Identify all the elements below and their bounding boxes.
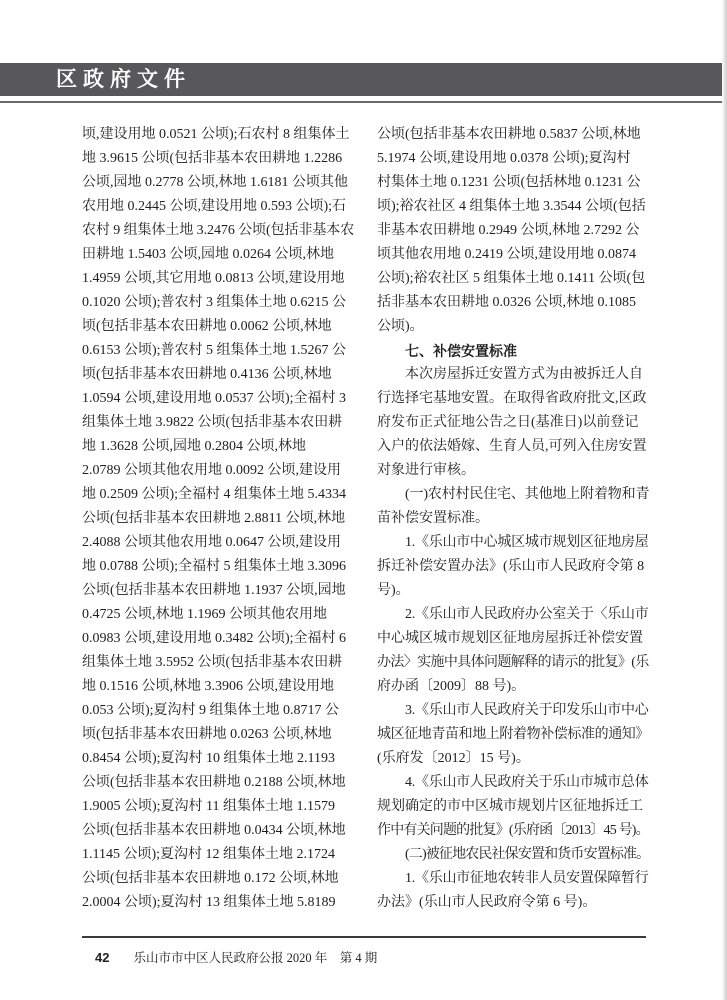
page-edge-shadow: [722, 0, 727, 1000]
gazette-title: 乐山市市中区人民政府公报 2020 年 第 4 期: [133, 951, 377, 965]
footer-rule: [82, 936, 646, 938]
text-line: 非基本农田耕地 0.2949 公顷,林地 2.7292 公: [377, 219, 649, 243]
text-line: 行选择宅基地安置。在取得省政府批文,区政: [377, 387, 649, 411]
left-text-column: 顷,建设用地 0.0521 公顷);石农村 8 组集体土地 3.9615 公顷(…: [82, 123, 354, 915]
text-line: 地 0.2509 公顷);全福村 4 组集体土地 5.4334: [82, 483, 354, 507]
text-line: 1.9005 公顷);夏沟村 11 组集体土地 1.1579: [82, 795, 354, 819]
text-line: 0.053 公顷);夏沟村 9 组集体土地 0.8717 公: [82, 699, 354, 723]
text-line: 对象进行审核。: [377, 459, 649, 483]
text-line: 地 0.1516 公顷,林地 3.3906 公顷,建设用地: [82, 675, 354, 699]
text-line: 村集体土地 0.1231 公顷(包括林地 0.1231 公: [377, 171, 649, 195]
text-line: 2.0004 公顷);夏沟村 13 组集体土地 5.8189: [82, 891, 354, 915]
right-text-column: 公顷(包括非基本农田耕地 0.5837 公顷,林地5.1974 公顷,建设用地 …: [377, 123, 649, 915]
text-line: 城区征地青苗和地上附着物补偿标准的通知》: [377, 723, 649, 747]
text-line: 中心城区城市规划区征地房屋拆迁补偿安置: [377, 627, 649, 651]
text-line: 农用地 0.2445 公顷,建设用地 0.593 公顷);石: [82, 195, 354, 219]
text-line: 号)。: [377, 579, 649, 603]
gazette-page: 区政府文件 顷,建设用地 0.0521 公顷);石农村 8 组集体土地 3.96…: [0, 0, 727, 1000]
text-line: 公顷(包括非基本农田耕地 0.0434 公顷,林地: [82, 819, 354, 843]
text-line: 地 3.9615 公顷(包括非基本农田耕地 1.2286: [82, 147, 354, 171]
text-line: 顷(包括非基本农田耕地 0.4136 公顷,林地: [82, 363, 354, 387]
text-line: 农村 9 组集体土地 3.2476 公顷(包括非基本农: [82, 219, 354, 243]
text-line: 0.0983 公顷,建设用地 0.3482 公顷);全福村 6: [82, 627, 354, 651]
text-line: 顷);裕农社区 4 组集体土地 3.3544 公顷(包括: [377, 195, 649, 219]
text-line: 括非基本农田耕地 0.0326 公顷,林地 0.1085: [377, 291, 649, 315]
text-line: 公顷(包括非基本农田耕地 0.2188 公顷,林地: [82, 771, 354, 795]
text-line: 公顷(包括非基本农田耕地 2.8811 公顷,林地: [82, 507, 354, 531]
text-line: 组集体土地 3.5952 公顷(包括非基本农田耕: [82, 651, 354, 675]
text-line: 0.4725 公顷,林地 1.1969 公顷其他农用地: [82, 603, 354, 627]
text-line: 顷(包括非基本农田耕地 0.0062 公顷,林地: [82, 315, 354, 339]
text-line: 组集体土地 3.9822 公顷(包括非基本农田耕: [82, 411, 354, 435]
text-line: 0.6153 公顷);普农村 5 组集体土地 1.5267 公: [82, 339, 354, 363]
text-line: 公顷)。: [377, 315, 649, 339]
text-line: 地 0.0788 公顷);全福村 5 组集体土地 3.3096: [82, 555, 354, 579]
text-line: 办法》(乐山市人民政府令第 6 号)。: [377, 891, 649, 915]
text-line: 田耕地 1.5403 公顷,园地 0.0264 公顷,林地: [82, 243, 354, 267]
text-line: 3.《乐山市人民政府关于印发乐山市中心: [377, 699, 649, 723]
text-line: 入户的依法婚嫁、生育人员,可列入住房安置: [377, 435, 649, 459]
text-line: 府发布正式征地公告之日(基准日)以前登记: [377, 411, 649, 435]
text-line: 1.1145 公顷);夏沟村 12 组集体土地 2.1724: [82, 843, 354, 867]
text-line: 府办函〔2009〕88 号)。: [377, 675, 649, 699]
text-line: 办法〉实施中具体问题解释的请示的批复》(乐: [377, 651, 649, 675]
text-line: 规划确定的市中区城市规划片区征地拆迁工: [377, 795, 649, 819]
text-line: 公顷(包括非基本农田耕地 0.5837 公顷,林地: [377, 123, 649, 147]
text-line: 公顷(包括非基本农田耕地 1.1937 公顷,园地: [82, 579, 354, 603]
text-line: 2.0789 公顷其他农用地 0.0092 公顷,建设用: [82, 459, 354, 483]
text-line: 拆迁补偿安置办法》(乐山市人民政府令第 8: [377, 555, 649, 579]
text-line: 2.4088 公顷其他农用地 0.0647 公顷,建设用: [82, 531, 354, 555]
text-line: (一)农村村民住宅、其他地上附着物和青: [377, 483, 649, 507]
page-number: 42: [95, 950, 109, 965]
text-line: 0.8454 公顷);夏沟村 10 组集体土地 2.1193: [82, 747, 354, 771]
banner-underline: [0, 101, 722, 103]
text-line: 1.0594 公顷,建设用地 0.0537 公顷);全福村 3: [82, 387, 354, 411]
text-line: 顷其他农用地 0.2419 公顷,建设用地 0.0874: [377, 243, 649, 267]
text-line: 2.《乐山市人民政府办公室关于〈乐山市: [377, 603, 649, 627]
section-heading: 七、补偿安置标准: [377, 339, 649, 363]
footer: 42乐山市市中区人民政府公报 2020 年 第 4 期: [95, 948, 377, 966]
text-line: 1.《乐山市中心城区城市规划区征地房屋: [377, 531, 649, 555]
text-line: 0.1020 公顷);普农村 3 组集体土地 0.6215 公: [82, 291, 354, 315]
text-line: 公顷(包括非基本农田耕地 0.172 公顷,林地: [82, 867, 354, 891]
banner-title: 区政府文件: [56, 68, 191, 91]
text-line: 4.《乐山市人民政府关于乐山市城市总体: [377, 771, 649, 795]
text-line: (二)被征地农民社保安置和货币安置标准。: [377, 843, 649, 867]
text-line: 顷,建设用地 0.0521 公顷);石农村 8 组集体土: [82, 123, 354, 147]
text-line: 公顷);裕农社区 5 组集体土地 0.1411 公顷(包: [377, 267, 649, 291]
text-line: 作中有关问题的批复》(乐府函〔2013〕45 号)。: [377, 819, 649, 843]
section-banner: 区政府文件: [0, 63, 722, 96]
text-line: 公顷,园地 0.2778 公顷,林地 1.6181 公顷其他: [82, 171, 354, 195]
text-line: 1.《乐山市征地农转非人员安置保障暂行: [377, 867, 649, 891]
text-line: 苗补偿安置标准。: [377, 507, 649, 531]
text-line: (乐府发〔2012〕15 号)。: [377, 747, 649, 771]
text-line: 地 1.3628 公顷,园地 0.2804 公顷,林地: [82, 435, 354, 459]
text-line: 1.4959 公顷,其它用地 0.0813 公顷,建设用地: [82, 267, 354, 291]
text-line: 本次房屋拆迁安置方式为由被拆迁人自: [377, 363, 649, 387]
text-line: 5.1974 公顷,建设用地 0.0378 公顷);夏沟村: [377, 147, 649, 171]
text-line: 顷(包括非基本农田耕地 0.0263 公顷,林地: [82, 723, 354, 747]
